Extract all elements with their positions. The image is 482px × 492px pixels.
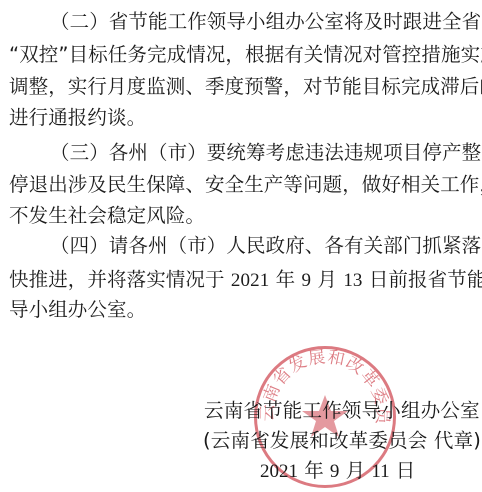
- document-page: （二）省节能工作领导小组办公室将及时跟进全省能耗 “双控”目标任务完成情况，根据…: [0, 0, 482, 492]
- deadline-year-unit: 年: [269, 268, 301, 291]
- deadline-year: 2021: [231, 270, 269, 291]
- signature-month-unit: 月: [339, 459, 371, 482]
- deadline-suffix: 日前报省节能工作领: [363, 268, 482, 291]
- deadline-day: 13: [343, 270, 362, 291]
- paragraph-2-line-1: （二）省节能工作领导小组办公室将及时跟进全省能耗: [50, 10, 475, 34]
- paragraph-3-line-1: （三）各州（市）要统筹考虑违法违规项目停产整改、关: [50, 141, 475, 165]
- paragraph-2-line-4: 进行通报约谈。: [9, 106, 475, 130]
- paragraph-3-line-3: 不发生社会稳定风险。: [9, 204, 475, 228]
- paragraph-4-line-1: （四）请各州（市）人民政府、各有关部门抓紧落实、加: [50, 234, 475, 258]
- signature-month: 9: [330, 461, 340, 482]
- paragraph-4-line-3: 导小组办公室。: [9, 298, 475, 322]
- signature-day-unit: 日: [390, 459, 416, 482]
- paragraph-4-line-2: 快推进，并将落实情况于 2021 年 9 月 13 日前报省节能工作领: [9, 268, 475, 292]
- paragraph-2-line-3: 调整，实行月度监测、季度预警，对节能目标完成滞后的地区: [9, 75, 475, 99]
- signature-year-unit: 年: [298, 459, 330, 482]
- paragraph-3-line-2: 停退出涉及民生保障、安全生产等问题，做好相关工作，确保: [9, 173, 475, 197]
- signature-seal-note: (云南省发展和改革委员会 代章): [203, 429, 481, 453]
- paragraph-2-line-2: “双控”目标任务完成情况，根据有关情况对管控措施实施动态: [9, 43, 475, 67]
- signature-date: 2021 年 9 月 11 日: [260, 459, 415, 484]
- deadline-month-unit: 月: [311, 268, 343, 291]
- deadline-prefix: 快推进，并将落实情况于: [9, 268, 231, 291]
- signature-day: 11: [371, 461, 389, 482]
- signature-organization: 云南省节能工作领导小组办公室: [204, 399, 480, 423]
- signature-year: 2021: [260, 461, 298, 482]
- deadline-month: 9: [302, 270, 312, 291]
